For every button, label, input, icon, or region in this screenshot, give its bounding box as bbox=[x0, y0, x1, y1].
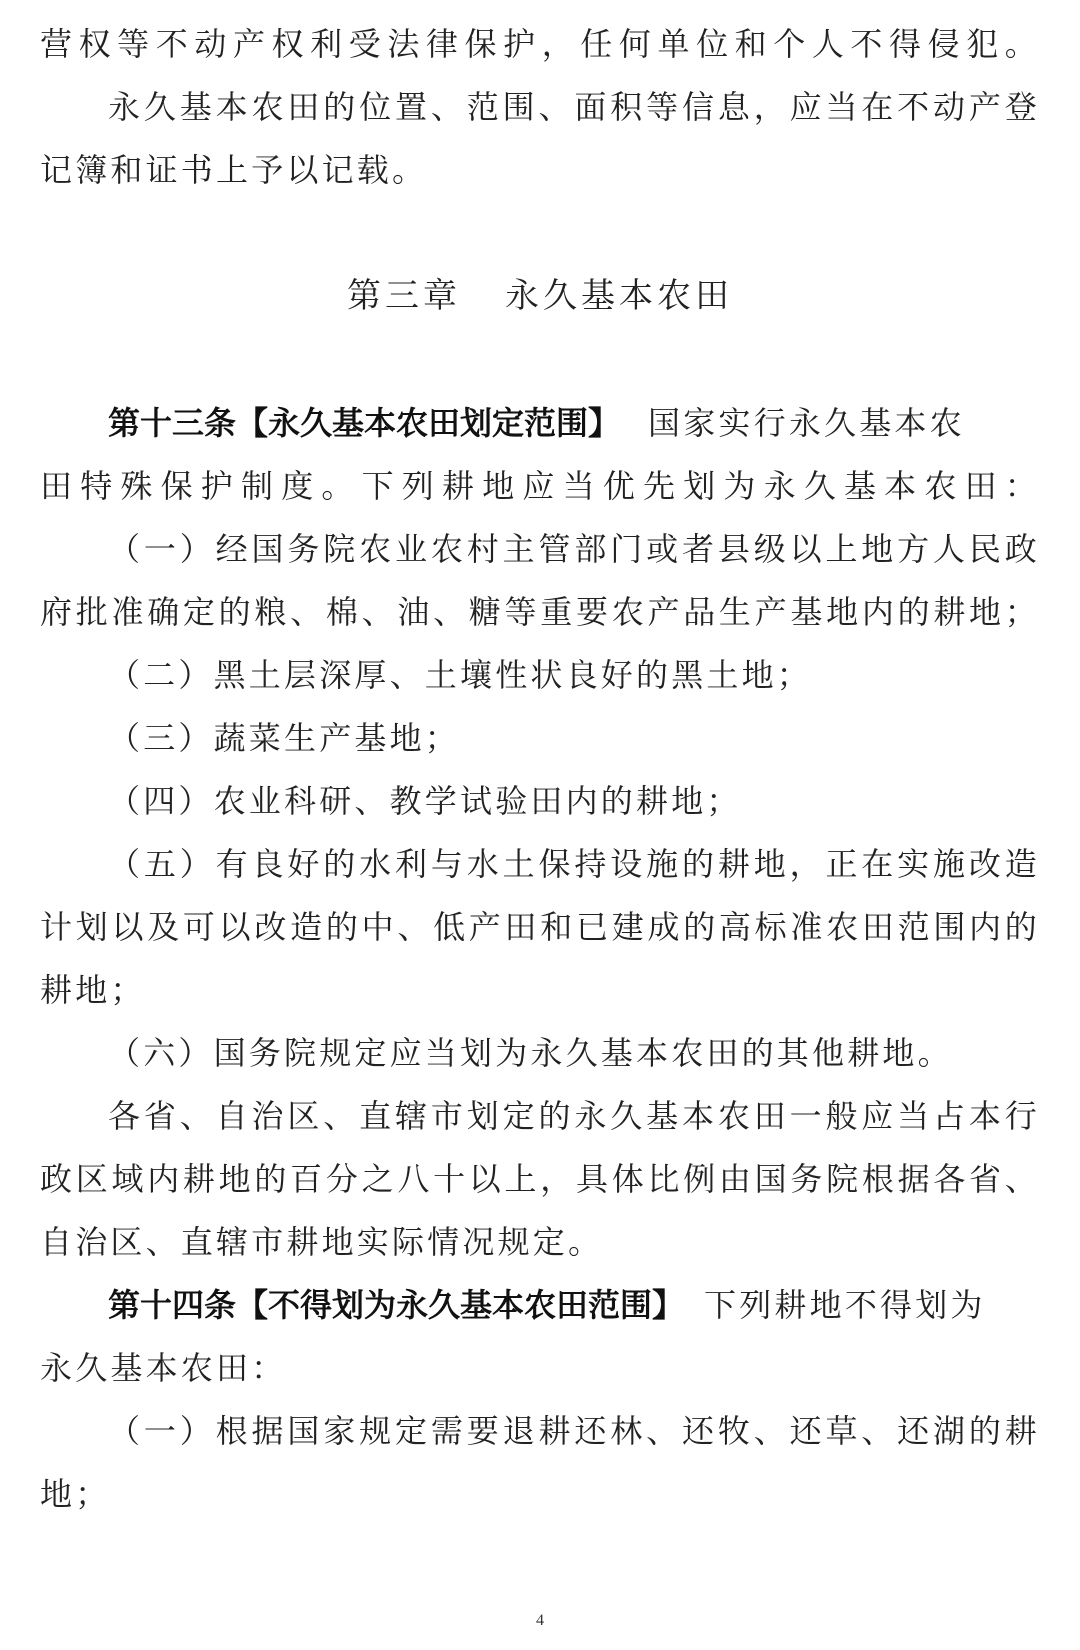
paragraph-line: 各省、自治区、直辖市划定的永久基本农田一般应当占本行 bbox=[108, 1096, 1040, 1136]
text-line: 永久基本农田： bbox=[40, 1348, 1040, 1388]
list-item-1-cont: 府批准确定的粮、棉、油、糖等重要农产品生产基地内的耕地； bbox=[40, 592, 1040, 632]
list-item-3: （三）蔬菜生产基地； bbox=[108, 718, 1040, 758]
page-number: 4 bbox=[0, 1612, 1080, 1630]
article-13-heading: 第十三条【永久基本农田划定范围】 bbox=[108, 404, 620, 442]
chapter-number: 第三章 bbox=[347, 276, 461, 316]
list-item-2: （二）黑土层深厚、土壤性状良好的黑土地； bbox=[108, 655, 1040, 695]
list-item-1: （一）根据国家规定需要退耕还林、还牧、还草、还湖的耕 bbox=[108, 1411, 1040, 1451]
list-item-5-cont: 耕地； bbox=[40, 970, 1040, 1010]
text-line: 永久基本农田的位置、范围、面积等信息，应当在不动产登 bbox=[108, 87, 1040, 127]
list-item-6: （六）国务院规定应当划为永久基本农田的其他耕地。 bbox=[108, 1033, 1040, 1073]
text-line: 营权等不动产权利受法律保护，任何单位和个人不得侵犯。 bbox=[40, 24, 1040, 64]
list-item-1: （一）经国务院农业农村主管部门或者县级以上地方人民政 bbox=[108, 529, 1040, 569]
list-item-1-cont: 地； bbox=[40, 1474, 1040, 1514]
article-14-text: 下列耕地不得划为 bbox=[704, 1286, 986, 1324]
article-14-first-line: 第十四条【不得划为永久基本农田范围】下列耕地不得划为 bbox=[108, 1285, 1040, 1325]
list-item-5: （五）有良好的水利与水土保持设施的耕地，正在实施改造 bbox=[108, 844, 1040, 884]
chapter-title: 永久基本农田 bbox=[505, 276, 733, 316]
list-item-4: （四）农业科研、教学试验田内的耕地； bbox=[108, 781, 1040, 821]
article-13-text: 国家实行永久基本农 bbox=[648, 404, 965, 442]
text-line: 记簿和证书上予以记载。 bbox=[40, 150, 1040, 190]
paragraph-line: 自治区、直辖市耕地实际情况规定。 bbox=[40, 1222, 1040, 1262]
list-item-5-cont: 计划以及可以改造的中、低产田和已建成的高标准农田范围内的 bbox=[40, 907, 1040, 947]
text-line: 田特殊保护制度。下列耕地应当优先划为永久基本农田： bbox=[40, 466, 1040, 506]
paragraph-line: 政区域内耕地的百分之八十以上，具体比例由国务院根据各省、 bbox=[40, 1159, 1040, 1199]
chapter-heading: 第三章永久基本农田 bbox=[0, 276, 1080, 316]
article-14-heading: 第十四条【不得划为永久基本农田范围】 bbox=[108, 1286, 684, 1324]
article-13-first-line: 第十三条【永久基本农田划定范围】国家实行永久基本农 bbox=[108, 403, 1040, 443]
